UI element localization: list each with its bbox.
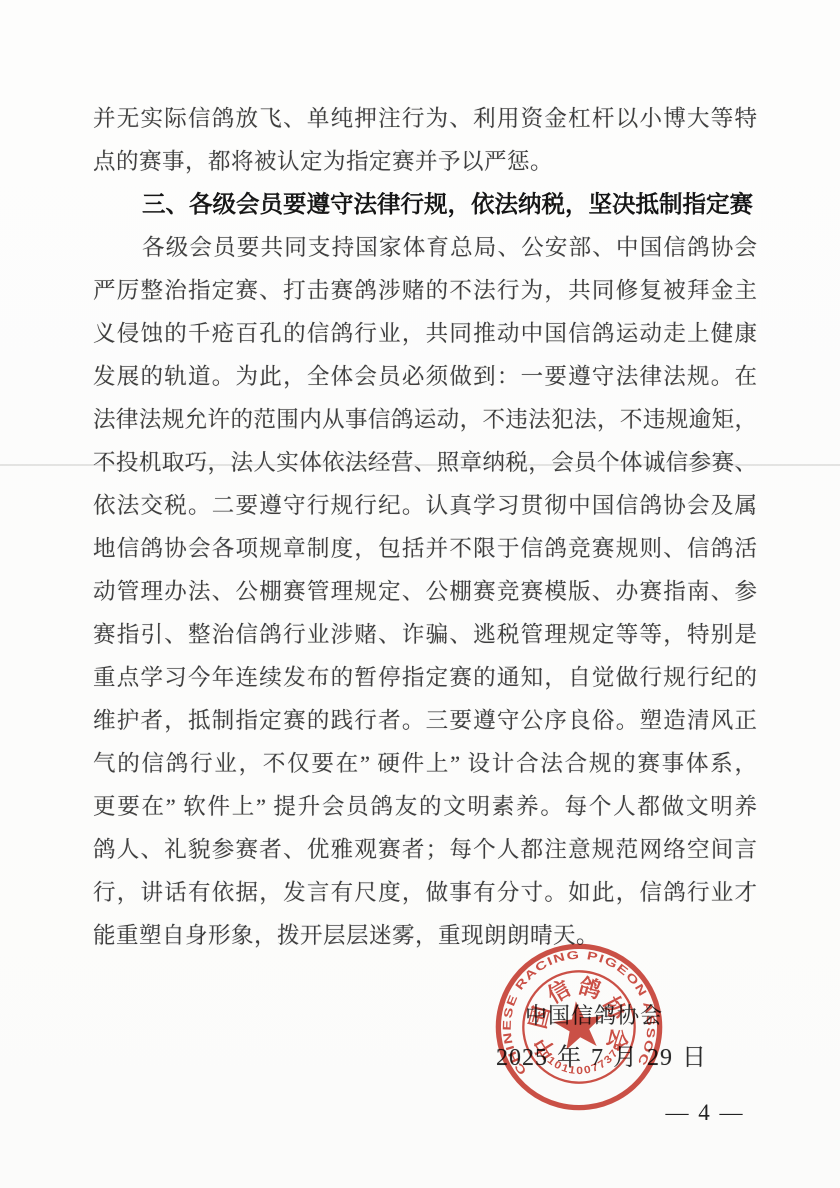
text-line: 发展的轨道。为此，全体会员必须做到：一要遵守法律法规。在 (93, 355, 757, 398)
document-body: 并无实际信鸽放飞、单纯押注行为、利用资金杠杆以小博大等特 点的赛事，都将被认定为… (93, 97, 757, 957)
text-line: 重点学习今年连续发布的暂停指定赛的通知，自觉做行规行纪的 (93, 656, 757, 699)
text-line: 并无实际信鸽放飞、单纯押注行为、利用资金杠杆以小博大等特 (93, 97, 757, 140)
section-heading: 三、各级会员要遵守法律行规，依法纳税，坚决抵制指定赛 (93, 183, 757, 226)
text-line: 依法交税。二要遵守行规行纪。认真学习贯彻中国信鸽协会及属 (93, 484, 757, 527)
text-line: 行，讲话有依据，发言有尺度，做事有分寸。如此，信鸽行业才 (93, 871, 757, 914)
seal-char: 国 (525, 1004, 555, 1031)
official-seal: CHINESE RACING PIGEON ASSOCIATION 中 国 信 … (472, 920, 686, 1134)
star-icon (551, 998, 606, 1051)
text-line: 赛指引、整治信鸽行业涉赌、诈骗、逃税管理规定等等，特别是 (93, 613, 757, 656)
text-line: 各级会员要共同支持国家体育总局、公安部、中国信鸽协会 (93, 226, 757, 269)
text-line: 维护者，抵制指定赛的践行者。三要遵守公序良俗。塑造清风正 (93, 699, 757, 742)
text-line: 义侵蚀的千疮百孔的信鸽行业，共同推动中国信鸽运动走上健康 (93, 312, 757, 355)
text-line: 点的赛事，都将被认定为指定赛并予以严惩。 (93, 140, 757, 183)
text-line: 鸽人、礼貌参赛者、优雅观赛者；每个人都注意规范网络空间言 (93, 828, 757, 871)
text-line: 严厉整治指定赛、打击赛鸽涉赌的不法行为，共同修复被拜金主 (93, 269, 757, 312)
text-line: 法律法规允许的范围内从事信鸽运动，不违法犯法，不违规逾矩， (93, 398, 757, 441)
seal-graphic: CHINESE RACING PIGEON ASSOCIATION 中 国 信 … (472, 920, 686, 1134)
text-line: 气的信鸽行业，不仅要在” 硬件上” 设计合法合规的赛事体系， (93, 742, 757, 785)
text-line: 地信鸽协会各项规章制度，包括并不限于信鸽竞赛规则、信鸽活 (93, 527, 757, 570)
seal-char: 鸽 (576, 973, 604, 1003)
scanned-document-page: 并无实际信鸽放飞、单纯押注行为、利用资金杠杆以小博大等特 点的赛事，都将被认定为… (0, 0, 840, 1188)
text-line: 不投机取巧，法人实体依法经营、照章纳税，会员个体诚信参赛、 (93, 441, 757, 484)
text-line: 更要在” 软件上” 提升会员鸽友的文明素养。每个人都做文明养 (93, 785, 757, 828)
text-line: 动管理办法、公棚赛管理规定、公棚赛竞赛模版、办赛指南、参 (93, 570, 757, 613)
